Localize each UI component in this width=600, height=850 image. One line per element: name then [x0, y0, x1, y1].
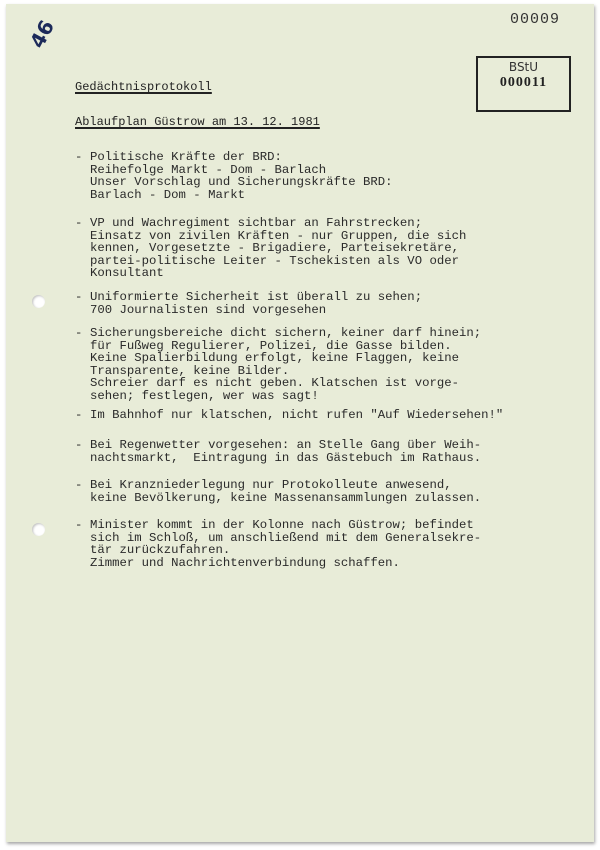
document-page: 46 00009 BStU 000011 Gedächtnisprotokoll… [6, 4, 594, 842]
item-text: Uniformierte Sicherheit ist überall zu s… [90, 291, 422, 316]
punch-hole [32, 523, 45, 536]
item-text: Im Bahnhof nur klatschen, nicht rufen "A… [90, 409, 503, 422]
bullet-dash: - [75, 479, 82, 492]
item-text: Politische Kräfte der BRD: Reihefolge Ma… [90, 151, 393, 201]
bullet-dash: - [75, 439, 82, 452]
item-text: Bei Kranzniederlegung nur Protokolleute … [90, 479, 481, 504]
item-text: Minister kommt in der Kolonne nach Güstr… [90, 519, 481, 569]
bullet-dash: - [75, 217, 82, 230]
handwritten-page-number: 46 [25, 16, 59, 52]
bullet-dash: - [75, 327, 82, 340]
bullet-dash: - [75, 409, 82, 422]
item-text: VP und Wachregiment sichtbar an Fahrstre… [90, 217, 466, 280]
stamp-number: 000011 [478, 75, 569, 91]
item-text: Sicherungsbereiche dicht sichern, keiner… [90, 327, 481, 403]
stamp-organization: BStU [478, 60, 569, 74]
item-text: Bei Regenwetter vorgesehen: an Stelle Ga… [90, 439, 481, 464]
archive-stamp: BStU 000011 [476, 56, 571, 112]
document-title: Gedächtnisprotokoll [75, 80, 212, 94]
bullet-dash: - [75, 291, 82, 304]
bullet-dash: - [75, 519, 82, 532]
bullet-dash: - [75, 151, 82, 164]
archive-page-number: 00009 [510, 11, 560, 28]
document-subtitle: Ablaufplan Güstrow am 13. 12. 1981 [75, 115, 320, 129]
punch-hole [32, 295, 45, 308]
